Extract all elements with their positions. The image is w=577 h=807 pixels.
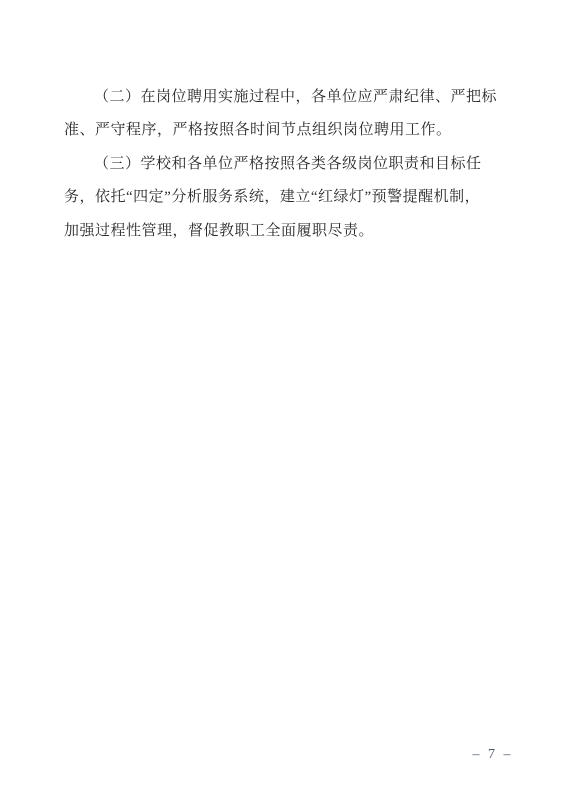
paragraph-2: （二）在岗位聘用实施过程中，各单位应严肃纪律、严把标 准、严守程序，严格按照各时… [64,81,516,148]
paragraph-3-line-2: 务，依托“四定”分析服务系统，建立“红绿灯”预警提醒机制， [64,181,516,214]
page-number: – 7 – [473,747,514,763]
document-page: （二）在岗位聘用实施过程中，各单位应严肃纪律、严把标 准、严守程序，严格按照各时… [0,0,577,807]
paragraph-2-line-2: 准、严守程序，严格按照各时间节点组织岗位聘用工作。 [64,114,516,147]
paragraph-3: （三）学校和各单位严格按照各类各级岗位职责和目标任 务，依托“四定”分析服务系统… [64,148,516,248]
document-body: （二）在岗位聘用实施过程中，各单位应严肃纪律、严把标 准、严守程序，严格按照各时… [64,81,516,248]
paragraph-3-line-1: （三）学校和各单位严格按照各类各级岗位职责和目标任 [64,148,516,181]
paragraph-3-line-3: 加强过程性管理，督促教职工全面履职尽责。 [64,215,516,248]
paragraph-2-line-1: （二）在岗位聘用实施过程中，各单位应严肃纪律、严把标 [64,81,516,114]
